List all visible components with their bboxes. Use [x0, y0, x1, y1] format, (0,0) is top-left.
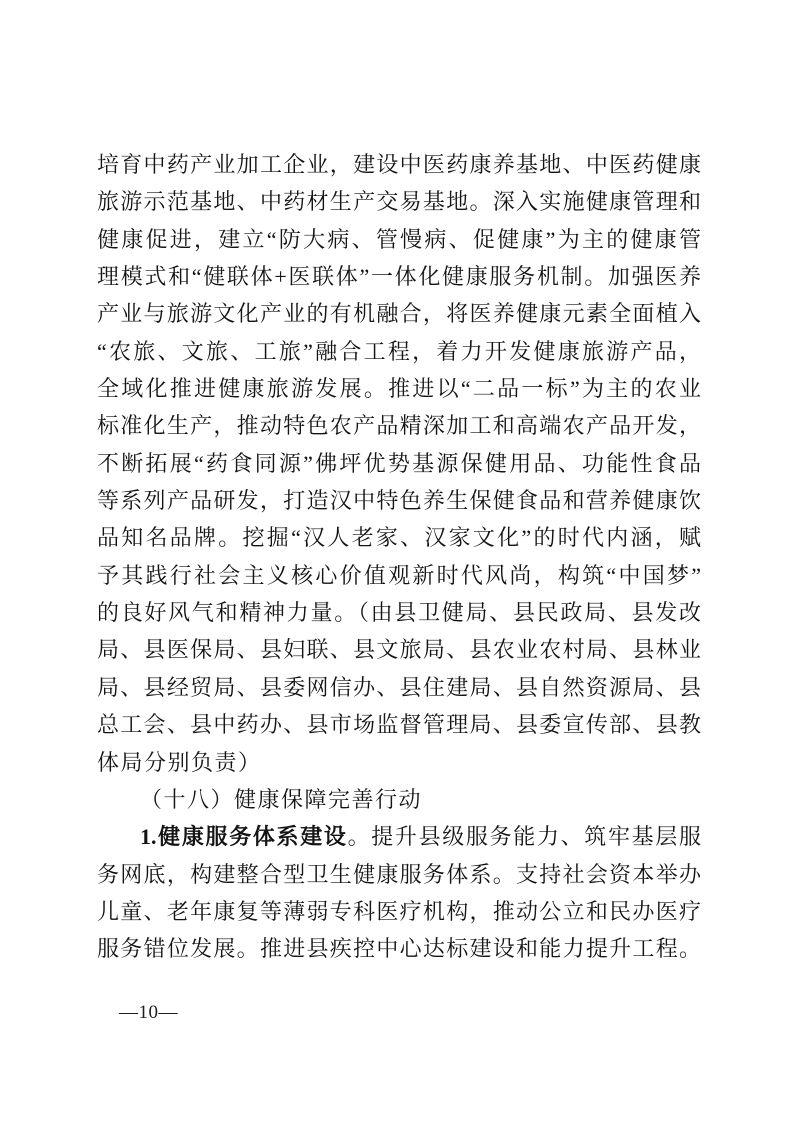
body-line: 儿童、老年康复等薄弱专科医疗机构，推动公立和民办医疗 [97, 893, 701, 930]
body-line: 体局分别负责） [97, 744, 701, 781]
body-line: 局、县医保局、县妇联、县文旅局、县农业农村局、县林业 [97, 631, 701, 668]
body-line: 的良好风气和精神力量。（由县卫健局、县民政局、县发改 [97, 594, 701, 631]
body-line: 务网底，构建整合型卫生健康服务体系。支持社会资本举办 [97, 856, 701, 893]
body-line: 服务错位发展。推进县疾控中心达标建设和能力提升工程。 [97, 930, 701, 967]
body-line: 予其践行社会主义核心价值观新时代风尚，构筑“中国梦” [97, 557, 701, 594]
body-line: 品知名品牌。挖掘“汉人老家、汉家文化”的时代内涵，赋 [97, 519, 701, 556]
section-heading: （十八）健康保障完善行动 [97, 781, 701, 818]
item-first-line-rest: 。提升县级服务能力、筑牢基层服 [348, 824, 701, 849]
body-line: 培育中药产业加工企业，建设中医药康养基地、中医药健康 [97, 146, 701, 183]
body-line: 不断拓展“药食同源”佛坪优势基源保健用品、功能性食品 [97, 445, 701, 482]
document-page: 培育中药产业加工企业，建设中医药康养基地、中医药健康 旅游示范基地、中药材生产交… [0, 0, 793, 1122]
body-line: 总工会、县中药办、县市场监督管理局、县委宣传部、县教 [97, 706, 701, 743]
body-line: 等系列产品研发，打造汉中特色养生保健食品和营养健康饮 [97, 482, 701, 519]
body-line: 标准化生产，推动特色农产品精深加工和高端农产品开发， [97, 407, 701, 444]
body-line: “农旅、文旅、工旅”融合工程，着力开发健康旅游产品， [97, 333, 701, 370]
text-block: 培育中药产业加工企业，建设中医药康养基地、中医药健康 旅游示范基地、中药材生产交… [97, 146, 701, 968]
body-line: 产业与旅游文化产业的有机融合，将医养健康元素全面植入 [97, 295, 701, 332]
body-line: 局、县经贸局、县委网信办、县住建局、县自然资源局、县 [97, 669, 701, 706]
body-line: 健康促进，建立“防大病、管慢病、促健康”为主的健康管 [97, 221, 701, 258]
body-line: 全域化推进健康旅游发展。推进以“二品一标”为主的农业 [97, 370, 701, 407]
page-number: —10— [119, 1002, 178, 1024]
body-line: 旅游示范基地、中药材生产交易基地。深入实施健康管理和 [97, 183, 701, 220]
body-line: 理模式和“健联体+医联体”一体化健康服务机制。加强医养 [97, 258, 701, 295]
item-bold-title: 1.健康服务体系建设 [140, 824, 348, 849]
item-first-line: 1.健康服务体系建设。提升县级服务能力、筑牢基层服 [97, 818, 701, 855]
